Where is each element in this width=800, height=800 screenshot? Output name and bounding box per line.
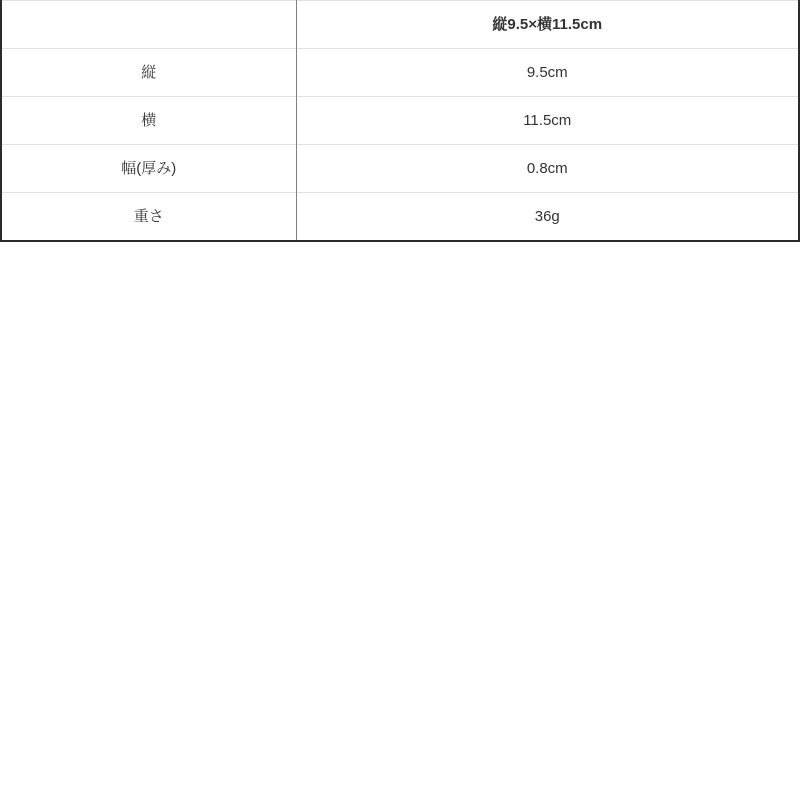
spec-label-height: 縦 [1,49,296,97]
spec-value-width: 11.5cm [296,97,799,145]
spec-value-thickness: 0.8cm [296,145,799,193]
spec-header-label-cell [1,1,296,49]
spec-label-width: 横 [1,97,296,145]
table-row: 重さ 36g [1,193,799,241]
spec-label-weight: 重さ [1,193,296,241]
table-row: 幅(厚み) 0.8cm [1,145,799,193]
spec-label-thickness: 幅(厚み) [1,145,296,193]
table-row: 縦 9.5cm [1,49,799,97]
spec-header-value: 縦9.5×横11.5cm [296,1,799,49]
spec-table: 縦9.5×横11.5cm 縦 9.5cm 横 11.5cm 幅(厚み) 0.8c… [0,0,800,242]
spec-value-weight: 36g [296,193,799,241]
table-row: 横 11.5cm [1,97,799,145]
table-header-row: 縦9.5×横11.5cm [1,1,799,49]
spec-value-height: 9.5cm [296,49,799,97]
